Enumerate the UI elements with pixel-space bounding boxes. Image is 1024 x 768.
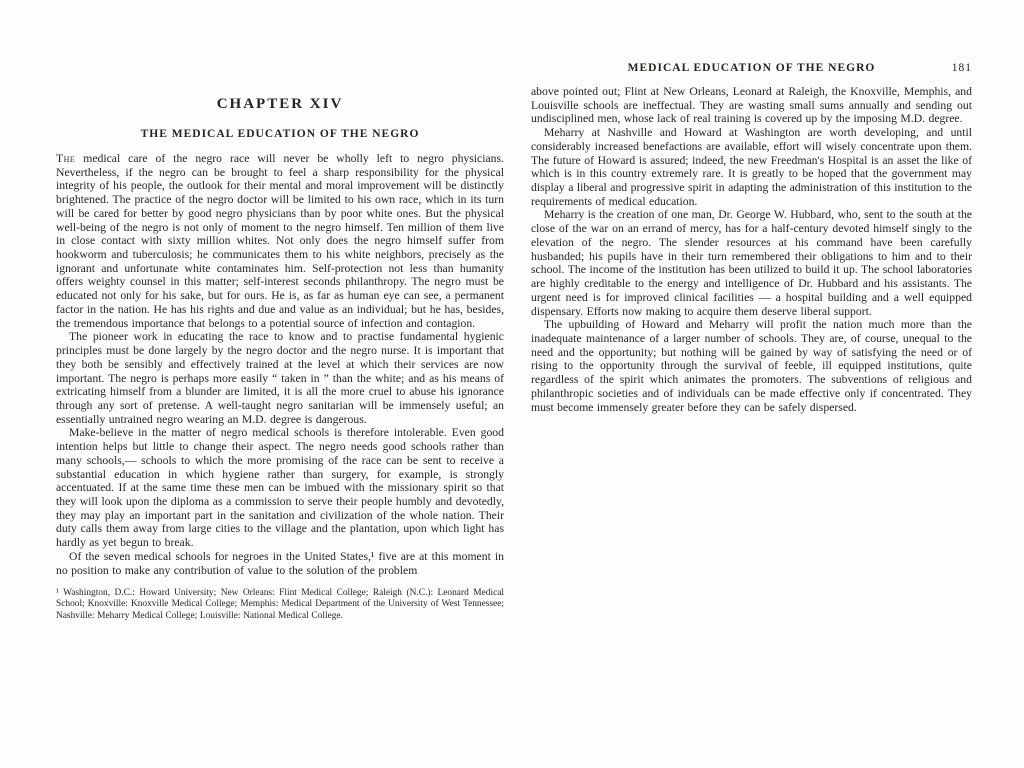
right-page-body: above pointed out; Flint at New Orleans,… xyxy=(531,85,972,414)
page-number: 181 xyxy=(952,62,972,74)
paragraph: The medical care of the negro race will … xyxy=(56,152,504,330)
paragraph: Of the seven medical schools for negroes… xyxy=(56,550,504,577)
lead-small-caps: The xyxy=(56,152,75,165)
running-header-title: MEDICAL EDUCATION OF THE NEGRO xyxy=(531,62,972,74)
paragraph: The upbuilding of Howard and Meharry wil… xyxy=(531,318,972,414)
paragraph: above pointed out; Flint at New Orleans,… xyxy=(531,85,972,126)
book-spread: CHAPTER XIV THE MEDICAL EDUCATION OF THE… xyxy=(0,0,1024,768)
right-page: MEDICAL EDUCATION OF THE NEGRO 181 above… xyxy=(531,62,972,414)
left-page: CHAPTER XIV THE MEDICAL EDUCATION OF THE… xyxy=(56,96,504,622)
left-page-body: The medical care of the negro race will … xyxy=(56,152,504,577)
footnote: ¹ Washington, D.C.: Howard University; N… xyxy=(56,588,504,622)
paragraph: Meharry is the creation of one man, Dr. … xyxy=(531,208,972,318)
paragraph: The pioneer work in educating the race t… xyxy=(56,330,504,426)
running-header: MEDICAL EDUCATION OF THE NEGRO 181 xyxy=(531,62,972,76)
chapter-subtitle: THE MEDICAL EDUCATION OF THE NEGRO xyxy=(56,128,504,140)
paragraph: Make-believe in the matter of negro medi… xyxy=(56,426,504,549)
paragraph: Meharry at Nashville and Howard at Washi… xyxy=(531,126,972,208)
chapter-heading: CHAPTER XIV xyxy=(56,96,504,113)
